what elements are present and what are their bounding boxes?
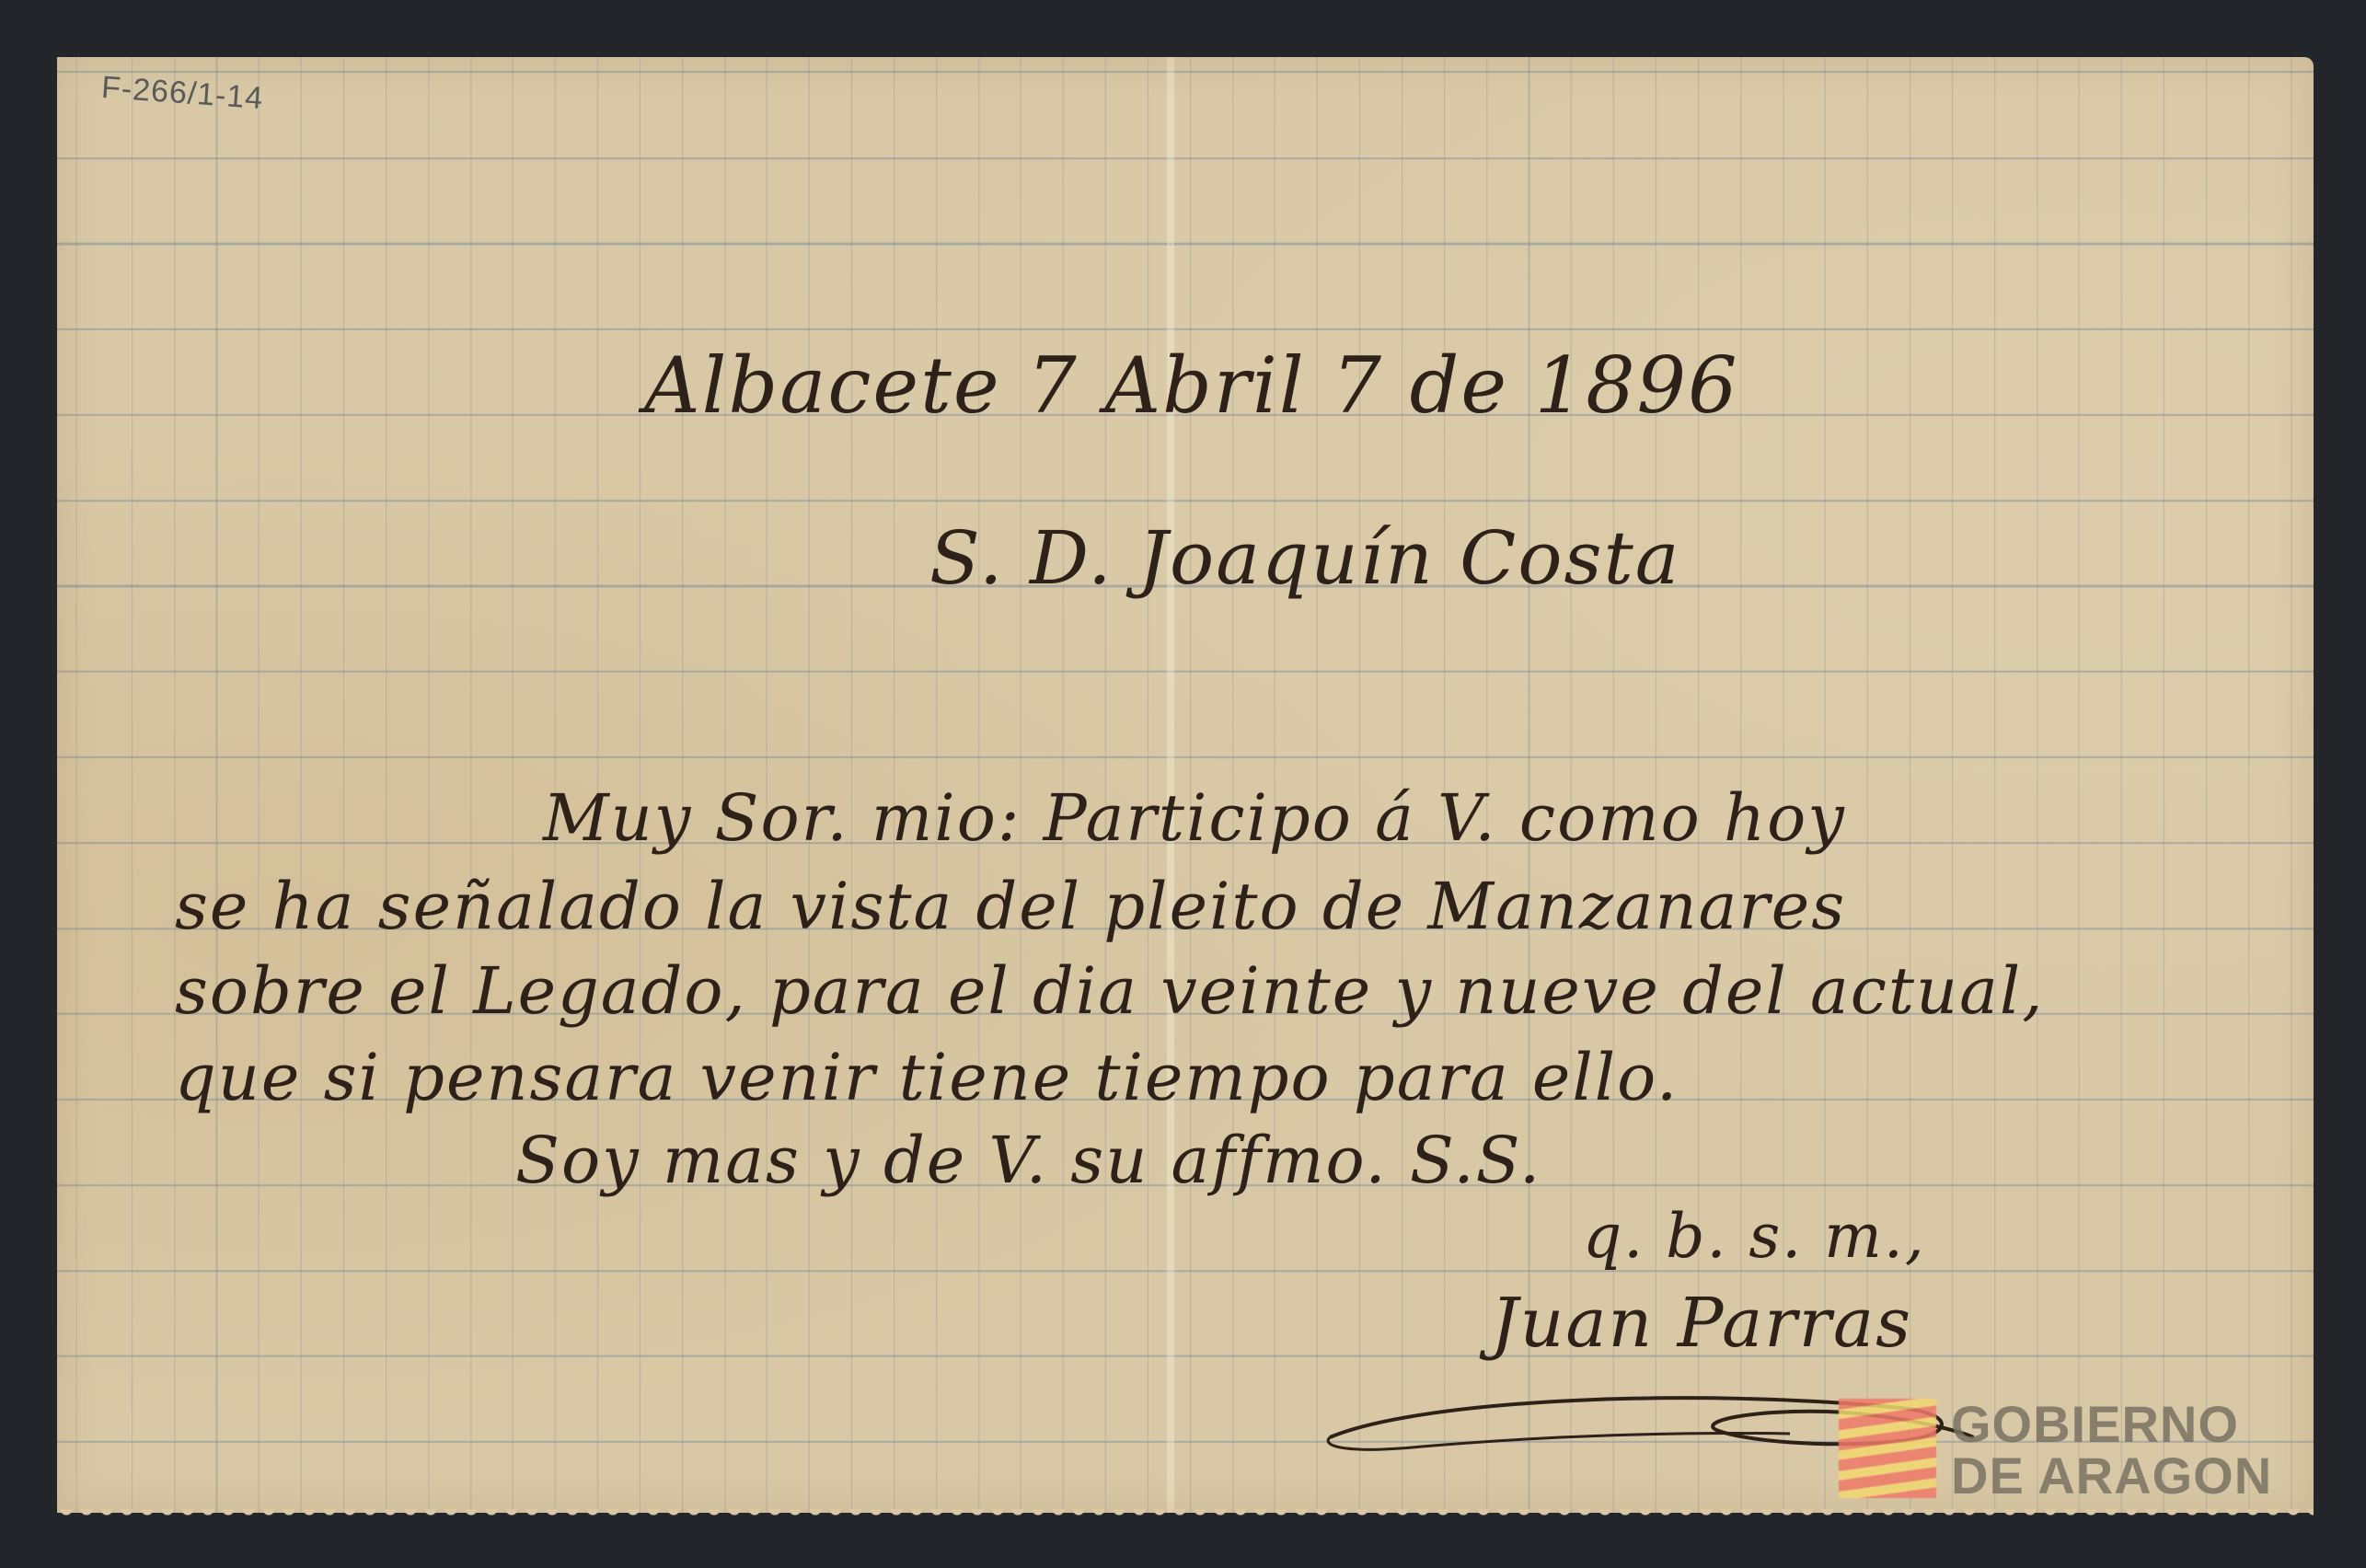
body-line-4: que si pensara venir tiene tiempo para e…	[175, 1040, 1679, 1115]
closing-abbreviation: q. b. s. m.,	[1583, 1201, 1926, 1272]
body-line-2: se ha señalado la vista del pleito de Ma…	[175, 869, 1846, 944]
logo-text-line1: GOBIERNO	[1951, 1399, 2239, 1450]
body-line-1: Muy Sor. mio: Participo á V. como hoy	[543, 780, 1846, 856]
addressee: S. D. Joaquín Costa	[929, 515, 1680, 601]
place-and-date: Albacete 7 Abril 7 de 1896	[644, 340, 1739, 431]
body-line-3: sobre el Legado, para el dia veinte y nu…	[175, 953, 2044, 1029]
logo-text-line2: DE ARAGON	[1951, 1450, 2272, 1502]
signature: Juan Parras	[1491, 1284, 1912, 1363]
gobierno-de-aragon-logo: GOBIERNO DE ARAGON	[1839, 1397, 2308, 1500]
closing-line: Soy mas y de V. su affmo. S.S.	[515, 1123, 1541, 1198]
aragon-flag-icon	[1839, 1399, 1936, 1498]
